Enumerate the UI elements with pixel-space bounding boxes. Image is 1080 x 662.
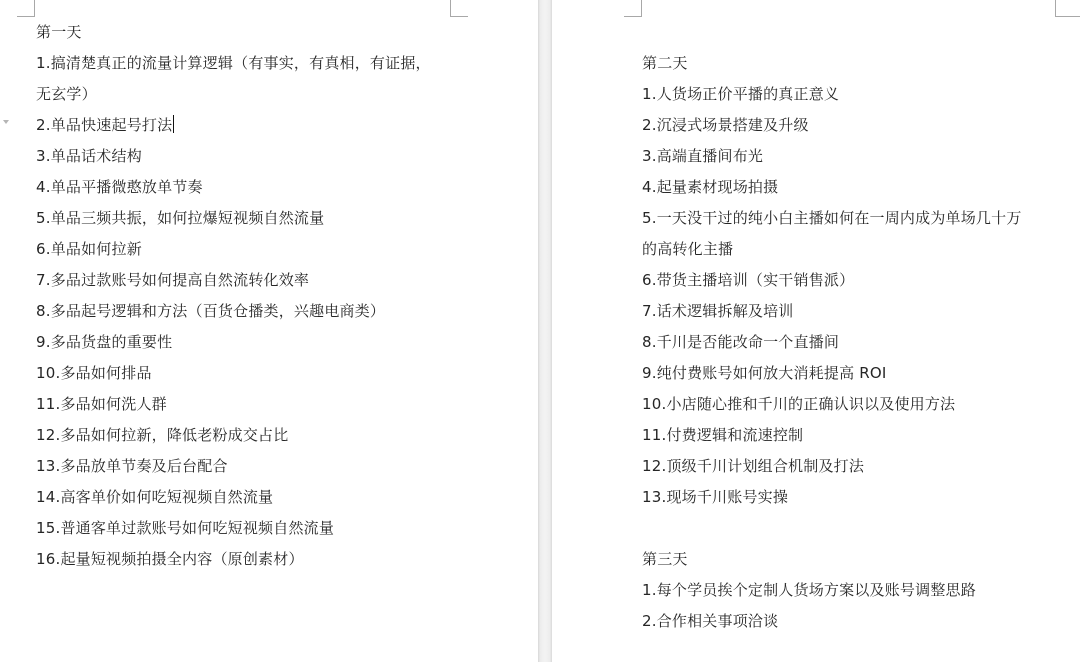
list-item: 6.带货主播培训（实干销售派）: [642, 270, 854, 290]
section-heading: 第一天: [36, 22, 82, 42]
list-item: 8.多品起号逻辑和方法（百货仓播类，兴趣电商类）: [36, 301, 385, 321]
list-item: 3.高端直播间布光: [642, 146, 763, 166]
margin-corner-mark: [17, 0, 35, 17]
list-item: 2.合作相关事项洽谈: [642, 611, 778, 631]
day-one-section: 第一天 1.搞清楚真正的流量计算逻辑（有事实，有真相，有证据， 无玄学） 2.单…: [36, 0, 516, 662]
list-item-text: 2.单品快速起号打法: [36, 116, 172, 134]
list-item: 4.起量素材现场拍摄: [642, 177, 778, 197]
list-item: 9.纯付费账号如何放大消耗提高 ROI: [642, 363, 887, 383]
document-page-2[interactable]: 第二天 1.人货场正价平播的真正意义 2.沉浸式场景搭建及升级 3.高端直播间布…: [552, 0, 1080, 662]
list-item: 的高转化主播: [642, 239, 733, 259]
list-item: 5.单品三频共振，如何拉爆短视频自然流量: [36, 208, 324, 228]
margin-corner-mark: [624, 0, 642, 17]
list-item: 8.千川是否能改命一个直播间: [642, 332, 839, 352]
list-item: 3.单品话术结构: [36, 146, 142, 166]
day-two-section: 第二天 1.人货场正价平播的真正意义 2.沉浸式场景搭建及升级 3.高端直播间布…: [642, 0, 1072, 520]
list-item: 10.小店随心推和千川的正确认识以及使用方法: [642, 394, 955, 414]
list-item: 1.搞清楚真正的流量计算逻辑（有事实，有真相，有证据，: [36, 53, 431, 73]
list-item: 13.现场千川账号实操: [642, 487, 788, 507]
page-gap-divider: [538, 0, 552, 662]
list-item: 10.多品如何排品: [36, 363, 152, 383]
list-item: 1.每个学员挨个定制人货场方案以及账号调整思路: [642, 580, 976, 600]
list-item: 13.多品放单节奏及后台配合: [36, 456, 228, 476]
document-viewport: 第一天 1.搞清楚真正的流量计算逻辑（有事实，有真相，有证据， 无玄学） 2.单…: [0, 0, 1080, 662]
text-cursor: [173, 115, 174, 133]
list-item: 5.一天没干过的纯小白主播如何在一周内成为单场几十万: [642, 208, 1022, 228]
list-item: 12.顶级千川计划组合机制及打法: [642, 456, 864, 476]
list-item: 2.沉浸式场景搭建及升级: [642, 115, 809, 135]
list-item: 16.起量短视频拍摄全内容（原创素材）: [36, 549, 304, 569]
list-item: 15.普通客单过款账号如何吃短视频自然流量: [36, 518, 334, 538]
section-heading: 第三天: [642, 549, 688, 569]
list-item: 11.付费逻辑和流速控制: [642, 425, 803, 445]
list-item-with-caret[interactable]: 2.单品快速起号打法: [36, 115, 174, 135]
document-page-1[interactable]: 第一天 1.搞清楚真正的流量计算逻辑（有事实，有真相，有证据， 无玄学） 2.单…: [0, 0, 538, 662]
list-item: 11.多品如何洗人群: [36, 394, 167, 414]
paragraph-collapse-icon[interactable]: [3, 120, 9, 124]
list-item: 1.人货场正价平播的真正意义: [642, 84, 839, 104]
list-item: 6.单品如何拉新: [36, 239, 142, 259]
list-item: 9.多品货盘的重要性: [36, 332, 172, 352]
list-item: 7.多品过款账号如何提高自然流转化效率: [36, 270, 309, 290]
list-item: 无玄学）: [36, 84, 97, 104]
list-item: 4.单品平播微憨放单节奏: [36, 177, 203, 197]
list-item: 7.话术逻辑拆解及培训: [642, 301, 794, 321]
section-heading: 第二天: [642, 53, 688, 73]
list-item: 12.多品如何拉新，降低老粉成交占比: [36, 425, 288, 445]
list-item: 14.高客单价如何吃短视频自然流量: [36, 487, 273, 507]
